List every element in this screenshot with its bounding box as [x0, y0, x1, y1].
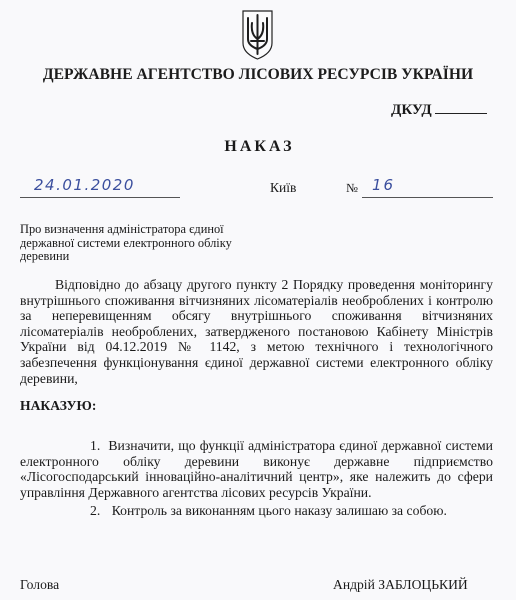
order-item-2: 2. Контроль за виконанням цього наказу з…: [20, 503, 493, 519]
decree-heading: НАКАЗУЮ:: [20, 398, 96, 414]
preamble-line: за неперевищенням обсягу внутрішнього сп…: [20, 308, 493, 324]
item-line: управління Державного агентства лісових …: [20, 485, 493, 501]
preamble-line: Відповідно до абзацу другого пункту 2 По…: [20, 277, 493, 293]
item-number: 2.: [55, 503, 100, 519]
order-date-value: 24.01.2020: [34, 176, 135, 194]
item-text: Контроль за виконанням цього наказу зали…: [112, 503, 447, 518]
preamble-line: деревини,: [20, 371, 493, 387]
subject-line: деревини: [20, 250, 250, 264]
order-item-1: 1. Визначити, що функції адміністратора …: [20, 438, 493, 500]
dkud-blank-line: [435, 101, 487, 114]
item-line: 1. Визначити, що функції адміністратора …: [20, 438, 493, 454]
dkud-field: ДКУД: [391, 101, 487, 119]
subject-line: Про визначення адміністратора єдиної: [20, 223, 250, 237]
subject-line: державної системи електронного обліку: [20, 237, 250, 251]
order-number-value: 16: [372, 176, 395, 194]
order-subject: Про визначення адміністратора єдиної дер…: [20, 223, 250, 264]
order-city: Київ: [270, 180, 296, 196]
order-number-field: 16: [362, 176, 493, 198]
item-number: 1.: [55, 438, 100, 454]
preamble-line: внутрішнього споживання вітчизняних лісо…: [20, 293, 493, 309]
ukraine-trident-icon: [241, 9, 274, 61]
item-line: електронного обліку деревини виконує дер…: [20, 454, 493, 470]
preamble-line: забезпечення функціонування єдиної держа…: [20, 355, 493, 371]
signatory-name: Андрій ЗАБЛОЦЬКИЙ: [333, 577, 468, 593]
preamble-line: України від 04.12.2019 № 1142, з метою т…: [20, 339, 493, 355]
item-line: «Лісогосподарський інноваційно-аналітичн…: [20, 469, 493, 485]
preamble-line: лісоматеріалів необроблених, затверджено…: [20, 324, 493, 340]
item-text: Визначити, що функції адміністратора єди…: [108, 438, 493, 453]
agency-title: ДЕРЖАВНЕ АГЕНТСТВО ЛІСОВИХ РЕСУРСІВ УКРА…: [0, 66, 516, 84]
dkud-label: ДКУД: [391, 102, 432, 118]
signatory-role: Голова: [20, 577, 59, 593]
document-title: НАКАЗ: [0, 138, 516, 156]
order-number-sign: №: [346, 181, 358, 196]
order-date-field: 24.01.2020: [20, 176, 180, 198]
preamble-paragraph: Відповідно до абзацу другого пункту 2 По…: [20, 277, 493, 386]
item-line: 2. Контроль за виконанням цього наказу з…: [20, 503, 493, 519]
